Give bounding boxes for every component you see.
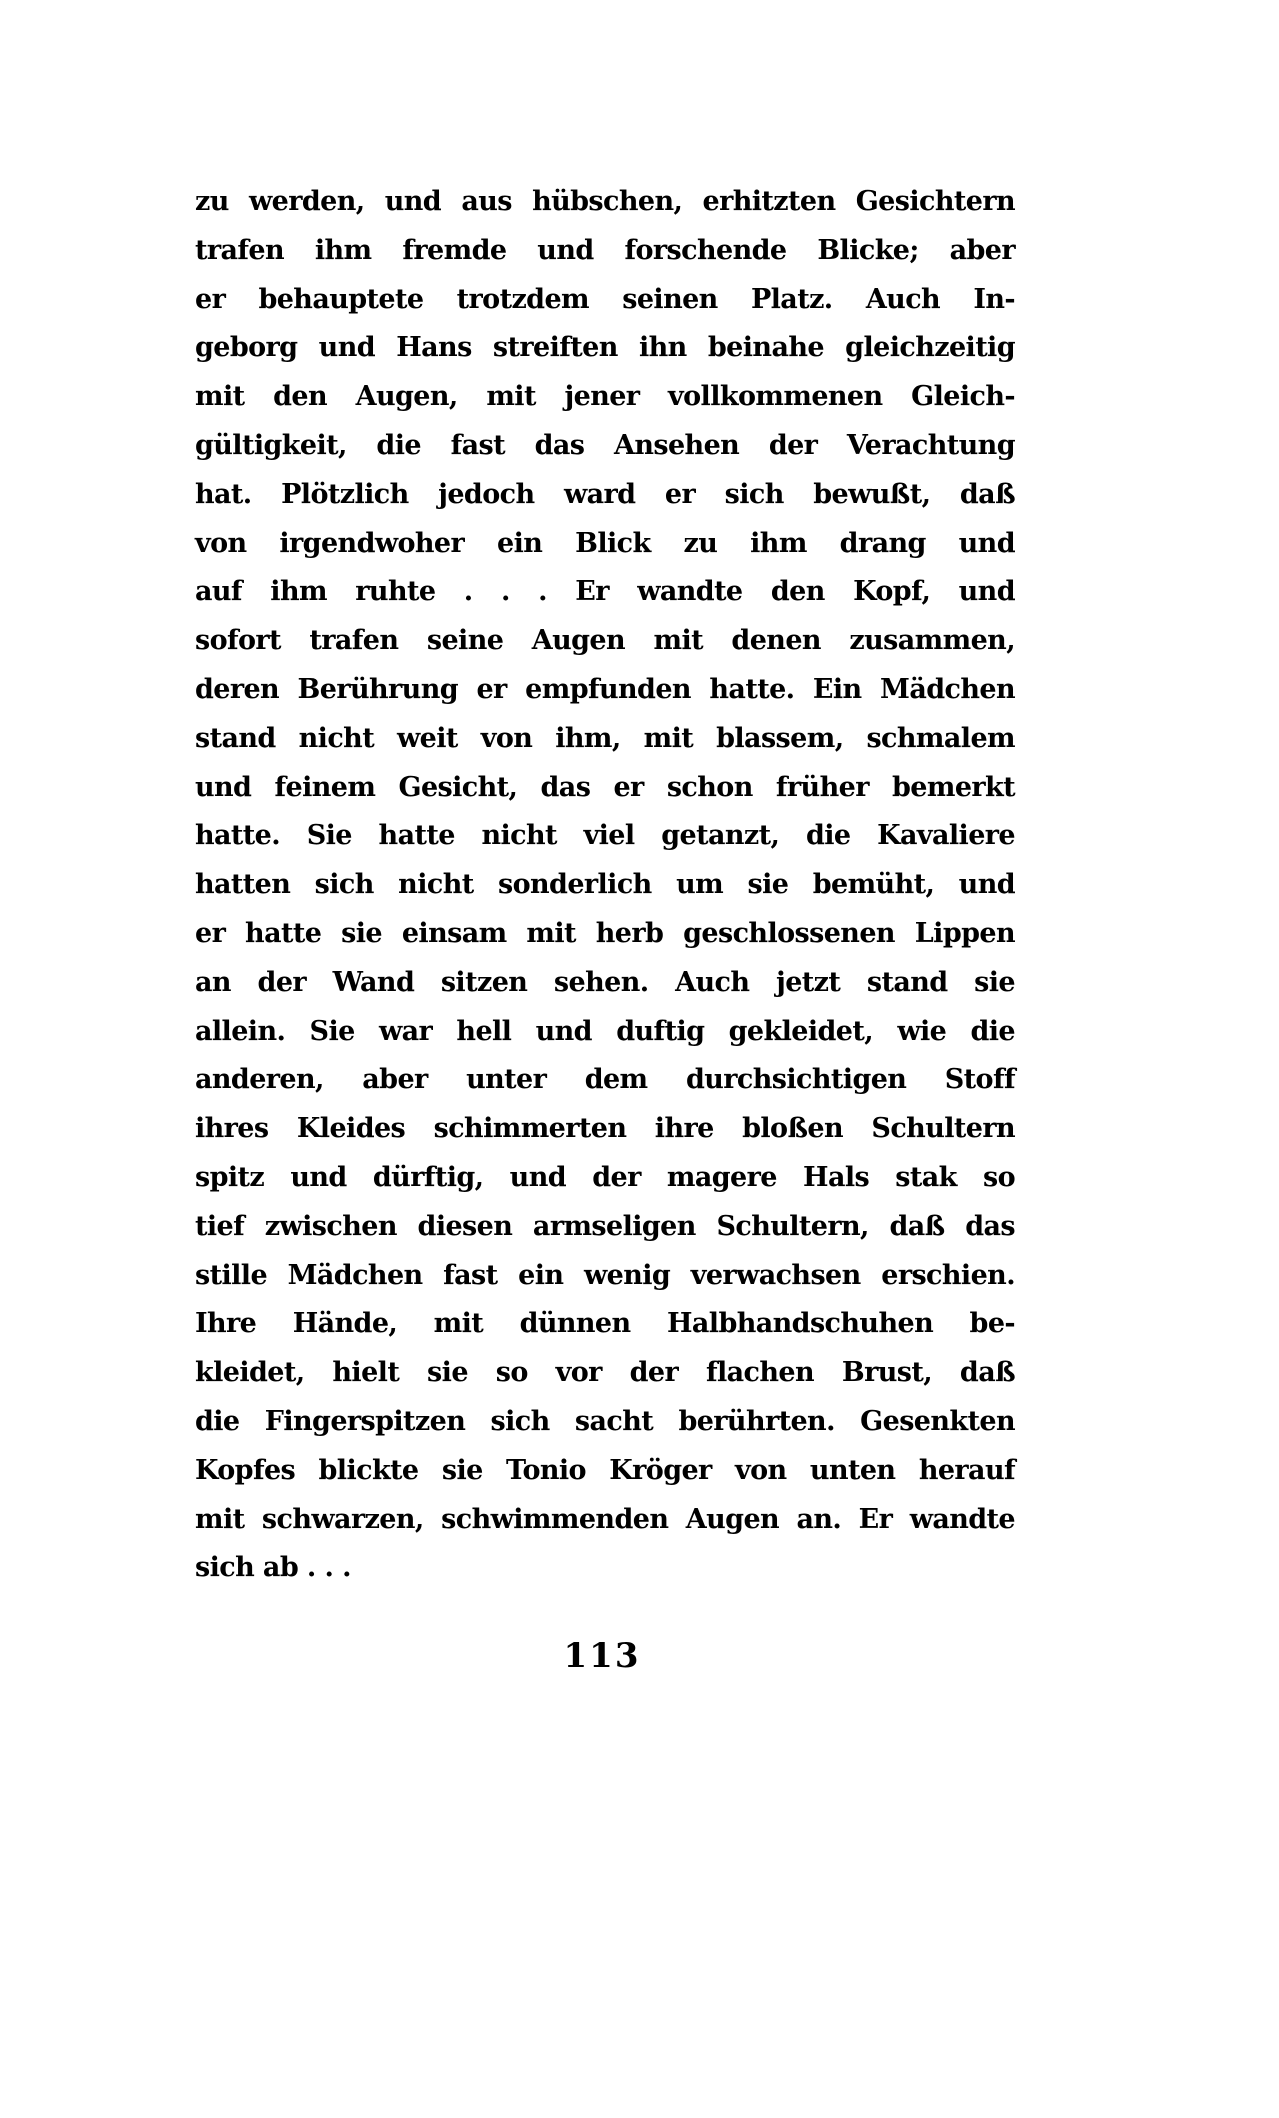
text-line: mit schwarzen, schwimmenden Augen an. Er… (195, 1496, 1015, 1545)
text-line: gültigkeit, die fast das Ansehen der Ver… (195, 422, 1015, 471)
text-line: Ihre Hände, mit dünnen Halbhandschuhen b… (195, 1300, 1015, 1349)
text-line: trafen ihm fremde und forschende Blicke;… (195, 227, 1015, 276)
text-line: ihres Kleides schimmerten ihre bloßen Sc… (195, 1105, 1015, 1154)
body-text: zu werden, und aus hübschen, erhitzten G… (195, 178, 1015, 1593)
text-line: hatte. Sie hatte nicht viel getanzt, die… (195, 812, 1015, 861)
text-line: an der Wand sitzen sehen. Auch jetzt sta… (195, 959, 1015, 1008)
text-line: tief zwischen diesen armseligen Schulter… (195, 1203, 1015, 1252)
text-line: auf ihm ruhte . . . Er wandte den Kopf, … (195, 568, 1015, 617)
text-line: und feinem Gesicht, das er schon früher … (195, 764, 1015, 813)
text-line: Kopfes blickte sie Tonio Kröger von unte… (195, 1447, 1015, 1496)
text-line: stille Mädchen fast ein wenig verwachsen… (195, 1252, 1015, 1301)
text-line: hat. Plötzlich jedoch ward er sich bewuß… (195, 471, 1015, 520)
text-line: er behauptete trotzdem seinen Platz. Auc… (195, 276, 1015, 325)
text-line: hatten sich nicht sonderlich um sie bemü… (195, 861, 1015, 910)
text-line: stand nicht weit von ihm, mit blassem, s… (195, 715, 1015, 764)
text-line: zu werden, und aus hübschen, erhitzten G… (195, 178, 1015, 227)
text-line-last: sich ab . . . (195, 1544, 1015, 1593)
text-line: die Fingerspitzen sich sacht berührten. … (195, 1398, 1015, 1447)
text-line: er hatte sie einsam mit herb geschlossen… (195, 910, 1015, 959)
text-line: geborg und Hans streiften ihn beinahe gl… (195, 324, 1015, 373)
text-line: deren Berührung er empfunden hatte. Ein … (195, 666, 1015, 715)
text-line: anderen, aber unter dem durchsichtigen S… (195, 1056, 1015, 1105)
text-line: allein. Sie war hell und duftig gekleide… (195, 1008, 1015, 1057)
book-page: zu werden, und aus hübschen, erhitzten G… (0, 0, 1279, 2118)
text-line: von irgendwoher ein Blick zu ihm drang u… (195, 520, 1015, 569)
page-number: 113 (560, 1632, 644, 1680)
text-line: spitz und dürftig, und der magere Hals s… (195, 1154, 1015, 1203)
text-line: sofort trafen seine Augen mit denen zusa… (195, 617, 1015, 666)
text-line: mit den Augen, mit jener vollkommenen Gl… (195, 373, 1015, 422)
text-line: kleidet, hielt sie so vor der flachen Br… (195, 1349, 1015, 1398)
